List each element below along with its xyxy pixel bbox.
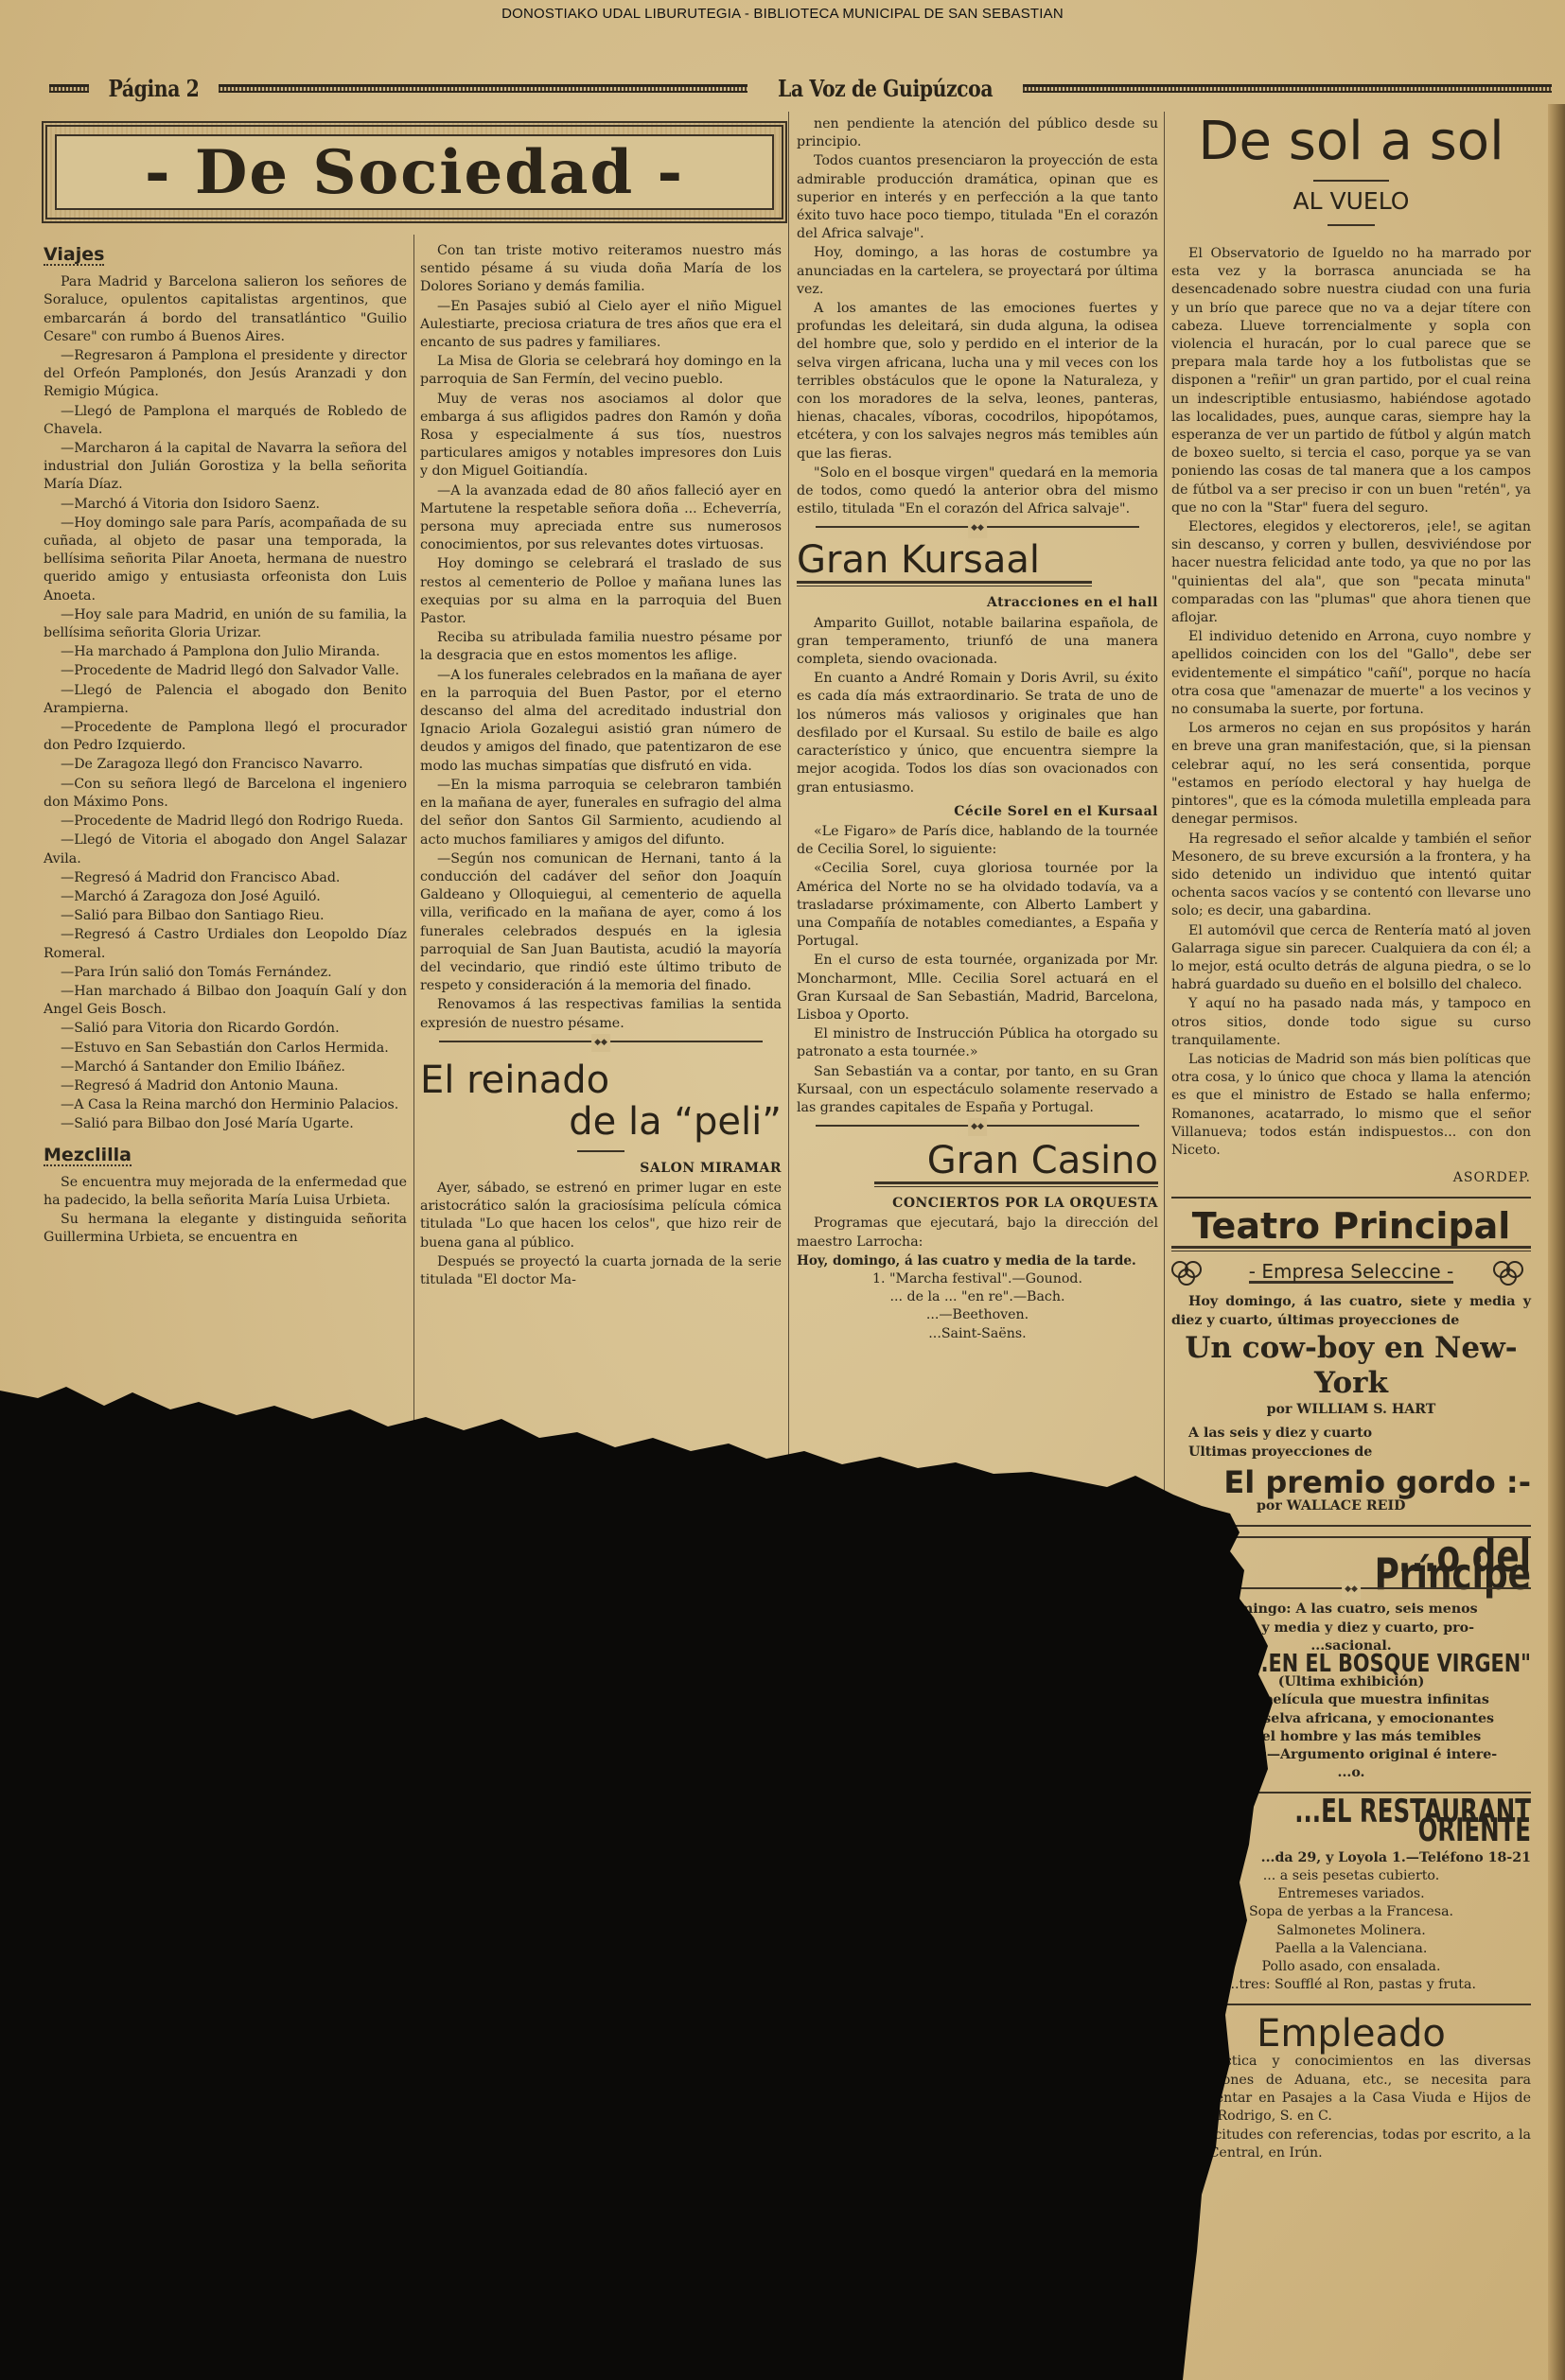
ornament-divider xyxy=(816,1125,1139,1132)
al-vuelo-paragraph: El Observatorio de Igueldo no ha marrado… xyxy=(1171,245,1531,517)
viajes-item: —Salió para Vitoria don Ricardo Gordón. xyxy=(44,1020,407,1038)
viajes-item: —Hoy sale para Madrid, en unión de su fa… xyxy=(44,606,407,642)
obituary-item: —A la avanzada edad de 80 años falleció … xyxy=(420,482,782,555)
rings-icon xyxy=(1171,1259,1209,1287)
salon-miramar-subhead: SALON MIRAMAR xyxy=(420,1160,782,1178)
obituary-item: La Misa de Gloria se celebrará hoy domin… xyxy=(420,353,782,389)
teatro-principal-title: Teatro Principal xyxy=(1171,1208,1531,1244)
viajes-item: —A Casa la Reina marchó don Herminio Pal… xyxy=(44,1096,407,1114)
archive-banner: DONOSTIAKO UDAL LIBURUTEGIA - BIBLIOTECA… xyxy=(0,6,1565,22)
casino-subhead: CONCIERTOS POR LA ORQUESTA xyxy=(797,1195,1158,1213)
double-rule xyxy=(1171,1246,1531,1251)
viajes-item: —Regresó á Castro Urdiales don Leopoldo … xyxy=(44,926,407,962)
program-item: ...Saint-Saëns. xyxy=(797,1325,1158,1343)
film-title-premio: El premio gordo :- xyxy=(1171,1467,1531,1497)
reinado-article: Ayer, sábado, se estrenó en primer lugar… xyxy=(420,1180,782,1289)
viajes-item: —Procedente de Madrid llegó don Salvador… xyxy=(44,662,407,680)
viajes-item: —Procedente de Madrid llegó don Rodrigo … xyxy=(44,813,407,831)
viajes-item: —De Zaragoza llegó don Francisco Navarro… xyxy=(44,756,407,774)
menu-item: Paella a la Valenciana. xyxy=(1171,1940,1531,1958)
masthead-rule xyxy=(219,84,747,93)
column-cinema: nen pendiente la atención del público de… xyxy=(797,115,1158,1343)
al-vuelo-paragraph: Los armeros no cejan en sus propósitos y… xyxy=(1171,720,1531,829)
cinema-paragraph: Todos cuantos presenciaron la proyección… xyxy=(797,152,1158,243)
al-vuelo-paragraph: Ha regresado el señor alcalde y también … xyxy=(1171,831,1531,921)
cinema-paragraph: A los amantes de las emociones fuertes y… xyxy=(797,300,1158,464)
kursaal-paragraph: El ministro de Instrucción Pública ha ot… xyxy=(797,1025,1158,1061)
program-item: 1. "Marcha festival".—Gounod. xyxy=(797,1270,1158,1288)
viajes-item: —Salió para Bilbao don José María Ugarte… xyxy=(44,1115,407,1133)
kursaal-paragraph: «Le Figaro» de París dice, hablando de l… xyxy=(797,823,1158,859)
ornament-divider xyxy=(816,526,1139,534)
obituary-item: —Según nos comunican de Hernani, tanto á… xyxy=(420,850,782,996)
restaurant-address: ...da 29, y Loyola 1.—Teléfono 18-21 xyxy=(1171,1849,1531,1867)
restaurant-price: ... a seis pesetas cubierto. xyxy=(1171,1867,1531,1885)
menu-item: Salmonetes Molinera. xyxy=(1171,1922,1531,1940)
obituary-item: Reciba su atribulada familia nuestro pés… xyxy=(420,629,782,665)
empleado-title: Empleado xyxy=(1171,2015,1531,2053)
restaurant-menu: Entremeses variados.Sopa de yerbas a la … xyxy=(1171,1885,1531,1994)
teatro-schedule: Hoy domingo, á las cuatro, siete y media… xyxy=(1171,1293,1531,1329)
masthead-rule xyxy=(49,84,89,93)
restaurant-title: ...EL RESTAURANT ORIENTE xyxy=(1272,1803,1531,1839)
viajes-item: —Hoy domingo sale para París, acompañada… xyxy=(44,515,407,605)
casino-intro: Programas que ejecutará, bajo la direcci… xyxy=(797,1215,1158,1251)
al-vuelo-subtitle: AL VUELO xyxy=(1171,189,1531,213)
casino-schedule: Hoy, domingo, á las cuatro y media de la… xyxy=(797,1252,1158,1270)
menu-item: ...tres: Soufflé al Ron, pastas y fruta. xyxy=(1171,1976,1531,1994)
divider xyxy=(1171,1525,1531,1527)
divider xyxy=(1171,1197,1531,1199)
viajes-item: —Regresó á Madrid don Francisco Abad. xyxy=(44,869,407,887)
film-credit-cowboy: por WILLIAM S. HART xyxy=(1171,1401,1531,1419)
kursaal-subhead-sorel: Cécile Sorel en el Kursaal xyxy=(797,803,1158,821)
obituary-item: —En Pasajes subió al Cielo ayer el niño … xyxy=(420,298,782,353)
mezclilla-item: Se encuentra muy mejorada de la enfermed… xyxy=(44,1174,407,1210)
principe-title: ...o del Príncipe xyxy=(1251,1548,1531,1584)
program-item: ...—Beethoven. xyxy=(797,1306,1158,1324)
menu-item: Sopa de yerbas a la Francesa. xyxy=(1171,1903,1531,1921)
ornament-divider xyxy=(1171,1587,1531,1595)
casino-title: Gran Casino xyxy=(797,1142,1158,1180)
viajes-item: —Marchó á Santander don Emilio Ibáñez. xyxy=(44,1059,407,1076)
viajes-item: —Han marchado á Bilbao don Joaquín Galí … xyxy=(44,983,407,1019)
al-vuelo-paragraph: Electores, elegidos y electoreros, ¡ele!… xyxy=(1171,518,1531,627)
kursaal-paragraph: San Sebastián va a contar, por tanto, en… xyxy=(797,1063,1158,1118)
cinema-paragraph: Hoy, domingo, a las horas de costumbre y… xyxy=(797,244,1158,299)
viajes-item: —Regresaron á Pamplona el presidente y d… xyxy=(44,347,407,402)
kursaal-paragraph: «Cecilia Sorel, cuya gloriosa tournée po… xyxy=(797,860,1158,951)
menu-item: Entremeses variados. xyxy=(1171,1885,1531,1903)
reinado-title-line1: El reinado xyxy=(420,1061,782,1099)
ornament-divider xyxy=(439,1041,763,1048)
viajes-item: —Marchó á Zaragoza don José Aguiló. xyxy=(44,888,407,906)
short-rule xyxy=(577,1150,624,1152)
teatro-schedule-2a: A las seis y diez y cuarto xyxy=(1171,1425,1531,1443)
obituary-item: —A los funerales celebrados en la mañana… xyxy=(420,667,782,776)
kursaal-paragraph: Amparito Guillot, notable bailarina espa… xyxy=(797,615,1158,670)
section-heading-viajes: Viajes xyxy=(44,246,104,266)
mezclilla-item: Su hermana la elegante y distinguida señ… xyxy=(44,1211,407,1247)
empleado-ad: ...práctica y conocimientos en las diver… xyxy=(1171,2053,1531,2162)
viajes-item: —Llegó de Palencia el abogado don Benito… xyxy=(44,682,407,718)
principe-desc-line: ...tre el hombre y las más temibles xyxy=(1171,1728,1531,1746)
empleado-paragraph: ...práctica y conocimientos en las diver… xyxy=(1171,2053,1531,2126)
menu-item: Pollo asado, con ensalada. xyxy=(1171,1958,1531,1976)
viajes-item: —Llegó de Vitoria el abogado don Angel S… xyxy=(44,831,407,867)
viajes-item: —Procedente de Pamplona llegó el procura… xyxy=(44,719,407,755)
principe-desc-line: ...able película que muestra infinitas xyxy=(1171,1691,1531,1709)
viajes-item: —Llegó de Pamplona el marqués de Robledo… xyxy=(44,403,407,439)
empleado-paragraph: Solicitudes con referencias, todas por e… xyxy=(1171,2126,1531,2162)
principe-line: ...te y media y diez y cuarto, pro- xyxy=(1171,1619,1531,1637)
author-signature: ASORDEP. xyxy=(1171,1169,1531,1187)
empresa-label: - Empresa Seleccine - xyxy=(1249,1263,1453,1284)
casino-program: 1. "Marcha festival".—Gounod.... de la .… xyxy=(797,1270,1158,1343)
column-necrologicas: Con tan triste motivo reiteramos nuestro… xyxy=(420,242,782,1290)
viajes-item: —Para Irún salió don Tomás Fernández. xyxy=(44,964,407,982)
teatro-schedule-2b: Ultimas proyecciones de xyxy=(1171,1444,1531,1461)
page-edge xyxy=(1548,104,1565,2380)
al-vuelo-paragraph: Las noticias de Madrid son más bien polí… xyxy=(1171,1051,1531,1160)
principe-desc-line: ...o. xyxy=(1171,1764,1531,1782)
viajes-articles: Para Madrid y Barcelona salieron los señ… xyxy=(44,273,407,1133)
viajes-item: —Marchó á Vitoria don Isidoro Saenz. xyxy=(44,496,407,514)
al-vuelo-paragraph: El automóvil que cerca de Rentería mató … xyxy=(1171,922,1531,995)
kursaal-paragraph: En cuanto a André Romain y Doris Avril, … xyxy=(797,670,1158,796)
al-vuelo-paragraph: Y aquí no ha pasado nada más, y tampoco … xyxy=(1171,995,1531,1050)
al-vuelo-article: El Observatorio de Igueldo no ha marrado… xyxy=(1171,245,1531,1160)
kursaal-title: Gran Kursaal xyxy=(797,541,1158,579)
reinado-paragraph: Ayer, sábado, se estrenó en primer lugar… xyxy=(420,1180,782,1252)
kursaal-subhead-hall: Atracciones en el hall xyxy=(797,594,1158,612)
obituary-item: Muy de veras nos asociamos al dolor que … xyxy=(420,391,782,481)
masthead-rule xyxy=(1023,84,1552,93)
double-rule xyxy=(874,1181,1158,1187)
principe-film: ...EN EL BOSQUE VIRGEN" xyxy=(1243,1655,1531,1673)
kursaal-paragraph: En el curso de esta tournée, organizada … xyxy=(797,952,1158,1024)
cinema-paragraph: "Solo en el bosque virgen" quedará en la… xyxy=(797,464,1158,519)
page-number: Página 2 xyxy=(108,75,199,102)
empresa-row: - Empresa Seleccine - xyxy=(1171,1259,1531,1287)
divider xyxy=(1171,2004,1531,2005)
principe-schedule: ...mingo: A las cuatro, seis menos...te … xyxy=(1171,1601,1531,1655)
principe-line: ...mingo: A las cuatro, seis menos xyxy=(1171,1601,1531,1619)
reinado-paragraph: Después se proyectó la cuarta jornada de… xyxy=(420,1253,782,1289)
column-divider xyxy=(788,112,789,1587)
principe-desc-line: ...de la selva africana, y emocionantes xyxy=(1171,1710,1531,1728)
viajes-item: —Marcharon á la capital de Navarra la se… xyxy=(44,440,407,495)
column-de-sol-a-sol: De sol a sol AL VUELO El Observatorio de… xyxy=(1171,112,1531,2164)
column-divider xyxy=(1164,112,1165,2363)
principe-description: ...able película que muestra infinitas..… xyxy=(1171,1691,1531,1782)
viajes-item: —Regresó á Madrid don Antonio Mauna. xyxy=(44,1077,407,1095)
short-rule xyxy=(1313,180,1389,182)
viajes-item: —Con su señora llegó de Barcelona el ing… xyxy=(44,776,407,812)
section-title: - De Sociedad - xyxy=(145,137,684,208)
mezclilla-articles: Se encuentra muy mejorada de la enfermed… xyxy=(44,1174,407,1248)
masthead: Página 2 La Voz de Guipúzcoa xyxy=(49,74,1552,102)
de-sol-a-sol-title: De sol a sol xyxy=(1171,115,1531,168)
film-title-cowboy: Un cow-boy en New-York xyxy=(1171,1331,1531,1401)
section-banner: - De Sociedad - xyxy=(42,121,787,223)
double-rule xyxy=(797,581,1092,586)
principe-desc-line: ...partes—Argumento original é intere- xyxy=(1171,1746,1531,1764)
short-rule xyxy=(1328,224,1375,226)
section-heading-mezclilla: Mezclilla xyxy=(44,1146,132,1166)
newspaper-name: La Voz de Guipúzcoa xyxy=(778,75,993,102)
obituary-articles: Con tan triste motivo reiteramos nuestro… xyxy=(420,242,782,1033)
reinado-title-line2: de la “peli” xyxy=(420,1103,782,1141)
kursaal-article-sorel: «Le Figaro» de París dice, hablando de l… xyxy=(797,823,1158,1117)
cinema-paragraph: nen pendiente la atención del público de… xyxy=(797,115,1158,151)
viajes-item: —Estuvo en San Sebastián don Carlos Herm… xyxy=(44,1040,407,1058)
obituary-item: Con tan triste motivo reiteramos nuestro… xyxy=(420,242,782,297)
obituary-item: —En la misma parroquia se celebraron tam… xyxy=(420,777,782,849)
rings-icon xyxy=(1493,1259,1531,1287)
viajes-item: Para Madrid y Barcelona salieron los señ… xyxy=(44,273,407,346)
program-item: ... de la ... "en re".—Bach. xyxy=(797,1288,1158,1306)
obituary-item: Hoy domingo se celebrará el traslado de … xyxy=(420,555,782,628)
column-divider xyxy=(413,235,414,1710)
kursaal-article-hall: Amparito Guillot, notable bailarina espa… xyxy=(797,615,1158,797)
viajes-item: —Ha marchado á Pamplona don Julio Mirand… xyxy=(44,643,407,661)
cinema-article: nen pendiente la atención del público de… xyxy=(797,115,1158,518)
al-vuelo-paragraph: El individuo detenido en Arrona, cuyo no… xyxy=(1171,628,1531,719)
column-viajes: Viajes Para Madrid y Barcelona salieron … xyxy=(44,242,407,1249)
obituary-item: Renovamos á las respectivas familias la … xyxy=(420,996,782,1032)
viajes-item: —Salió para Bilbao don Santiago Rieu. xyxy=(44,907,407,925)
